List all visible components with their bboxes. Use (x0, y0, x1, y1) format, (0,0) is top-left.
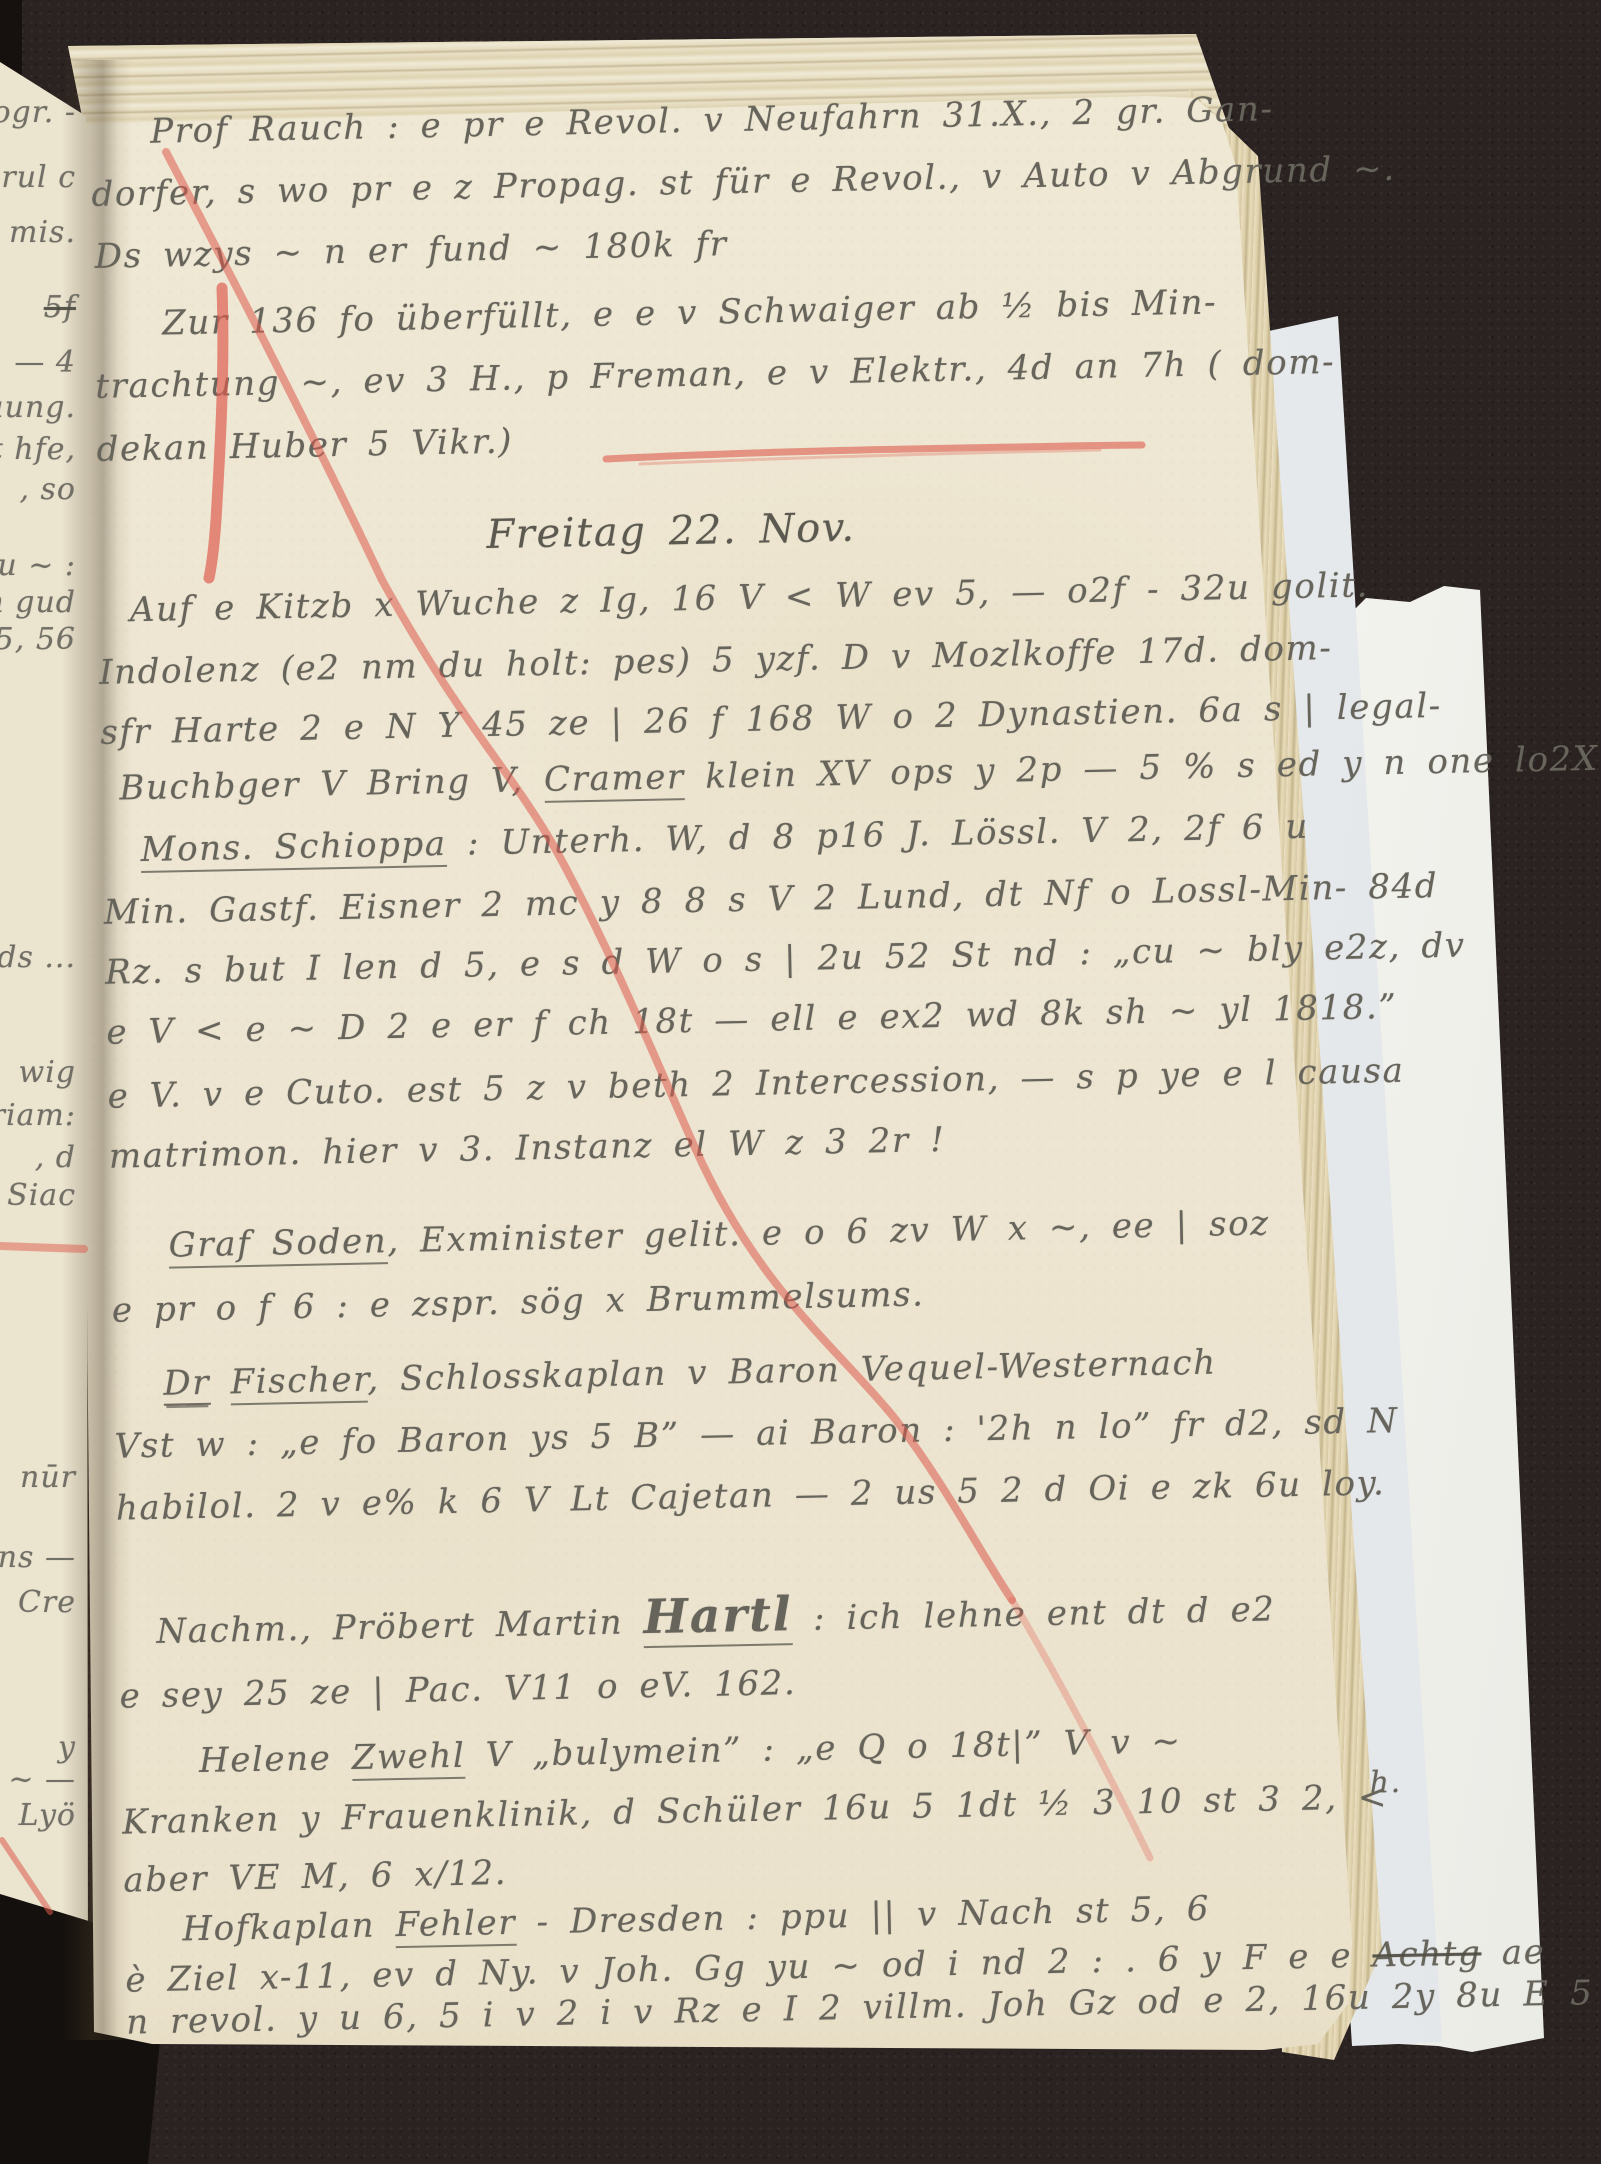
photographed-diary-scan: { "meta": { "description": "Scan of a ha… (0, 0, 1601, 2164)
handwriting-line: Vst w : „e fo Baron ys 5 B” — ai Baron :… (114, 1398, 1399, 1470)
handwriting-line: e V. v e Cuto. est 5 z v beth 2 Interces… (107, 1048, 1405, 1120)
handwriting-text: e sey 25 ze | Pac. V11 o eV. 162. (119, 1663, 796, 1717)
handwriting-text: Ds wzys ~ n er fund ~ 180k fr (94, 224, 728, 277)
underlined-name: Fehler (395, 1903, 516, 1948)
underlined-name: Graf Soden (168, 1221, 387, 1268)
handwriting-text: , Schlosskaplan v Baron Vequel-Westernac… (367, 1343, 1217, 1400)
handwriting-line: Mons. Schioppa : Unterh. W, d 8 p16 J. L… (140, 804, 1309, 873)
handwriting-text: Vst w : „e fo Baron ys 5 B” — ai Baron :… (114, 1401, 1399, 1467)
handwriting-line: Graf Soden, Exminister gelit. e o 6 zv W… (168, 1200, 1270, 1268)
handwriting-text: Min. Gastf. Eisner 2 mc y 8 8 s V 2 Lund… (104, 866, 1439, 933)
handwriting-line: Prof Rauch : e pr e Revol. v Neufahrn 31… (150, 86, 1274, 155)
handwriting-text (210, 1362, 231, 1402)
handwriting-text: Hofkaplan (182, 1905, 396, 1949)
handwriting-line: trachtung ~, ev 3 H., p Freman, e v Elek… (95, 339, 1336, 410)
handwriting-line: Indolenz (e2 nm du holt: pes) 5 yzf. D v… (99, 625, 1333, 696)
handwriting-line: aber VE M, 6 x/12. (123, 1850, 508, 1904)
underlined-name: Zwehl (351, 1736, 465, 1781)
handwriting-text: Indolenz (e2 nm du holt: pes) 5 yzf. D v… (99, 628, 1333, 693)
handwriting-text: matrimon. hier v 3. Instanz el W z 3 2r … (108, 1120, 945, 1177)
handwriting-text: dekan Huber 5 Vikr.) (96, 421, 513, 469)
handwriting-line: Nachm., Pröbert Martin Hartl : ich lehne… (156, 1582, 1276, 1654)
handwriting-text: : Unterh. W, d 8 p16 J. Lössl. V 2, 2f 6… (446, 807, 1309, 864)
handwriting-text: Auf e Kitzb x Wuche z Ig, 16 V < W ev 5,… (129, 565, 1369, 630)
underlined-name: Cramer (544, 757, 686, 803)
handwriting-text: aber VE M, 6 x/12. (123, 1853, 508, 1901)
handwriting-text: trachtung ~, ev 3 H., p (95, 357, 591, 407)
handwriting-text: habilol. 2 v e% k 6 V Lt Cajetan — 2 us … (116, 1463, 1386, 1528)
date-heading: Freitag 22. Nov. (486, 505, 856, 558)
handwriting-text: , Exminister gelit. e o 6 zv W x ~, ee |… (387, 1203, 1270, 1261)
handwriting-line: Min. Gastf. Eisner 2 mc y 8 8 s V 2 Lund… (103, 863, 1438, 936)
handwriting-line: Dr Fischer, Schlosskaplan v Baron Vequel… (163, 1340, 1217, 1407)
handwriting-line: Kranken y Frauenklinik, d Schüler 16u 5 … (122, 1774, 1389, 1845)
handwriting-line: matrimon. hier v 3. Instanz el W z 3 2r … (108, 1117, 946, 1180)
handwriting-text: : ich lehne ent dt d e2 (792, 1589, 1276, 1639)
handwriting-line: Auf e Kitzb x Wuche z Ig, 16 V < W ev 5,… (129, 562, 1369, 633)
handwriting-line: habilol. 2 v e% k 6 V Lt Cajetan — 2 us … (115, 1460, 1385, 1531)
fore-edge-stray-text: h. (1369, 1760, 1402, 1807)
handwriting-line: e V < e ~ D 2 e er f ch 18t — ell e ex2 … (106, 984, 1398, 1056)
handwriting-text: , e v Elektr., 4d an 7h ( dom- (734, 342, 1336, 394)
handwriting-line: Rz. s but I len d 5, e s d W o s | 2u 52… (105, 922, 1466, 995)
underlined-name: Hartl (643, 1587, 793, 1648)
handwriting-text: e V < e ~ D 2 e er f ch 18t — ell e ex2 … (106, 987, 1398, 1053)
handwriting-line: e pr o f 6 : e zspr. sög x Brummelsums. (111, 1271, 924, 1333)
handwriting-text: Zur 136 fo überfüllt, e e v Schwaiger ab… (162, 282, 1218, 343)
handwriting-text: ae (1481, 1932, 1546, 1973)
handwriting-text: Freman (590, 354, 735, 397)
handwriting-text: e pr o f 6 : e zspr. sög x Brummelsums. (112, 1274, 925, 1330)
handwriting-line: e sey 25 ze | Pac. V11 o eV. 162. (119, 1660, 797, 1720)
handwriting-text: Prof Rauch : e pr e Revol. v Neufahrn 31… (150, 89, 1274, 152)
underlined-name: Mons. Schioppa (140, 824, 447, 873)
underlined-name: Dr (163, 1363, 211, 1406)
handwriting-text: Buchbger V Bring V, (119, 760, 544, 809)
handwriting-text: dorfer, s wo pr e z Propag. st für e Rev… (91, 149, 1396, 215)
handwriting-line: dekan Huber 5 Vikr.) (96, 418, 513, 472)
handwriting-text: Rz. s but I len d 5, e s d W o s | 2u 52… (105, 925, 1466, 992)
handwriting-text: Achtg (1372, 1933, 1482, 1975)
handwriting-line: Ds wzys ~ n er fund ~ 180k fr (94, 221, 728, 280)
handwriting-text: - Dresden : ppu || v Nach st 5, 6 (516, 1889, 1211, 1943)
handwriting-line: Helene Zwehl V „bulymein” : „e Q o 18t|”… (199, 1718, 1183, 1784)
handwriting-text: V „bulymein” : „e Q o 18t|” V v ~ (465, 1721, 1182, 1775)
underlined-name: Fischer (230, 1360, 368, 1406)
handwriting-line: dorfer, s wo pr e z Propag. st für e Rev… (91, 146, 1396, 218)
handwriting-text: e V. v e Cuto. est 5 z v beth 2 Interces… (107, 1051, 1405, 1117)
handwriting-text: Kranken y Frauenklinik, d Schüler 16u 5 … (122, 1777, 1389, 1842)
handwriting-text: Helene (199, 1738, 353, 1781)
handwriting-line: Zur 136 fo überfüllt, e e v Schwaiger ab… (162, 279, 1218, 346)
handwriting-text: Nachm., Pröbert Martin (156, 1602, 644, 1652)
handwriting-text: Freitag 22. Nov. (486, 505, 856, 558)
handwriting-text: klein XV ops y 2p — 5 % s ed y n one lo2… (684, 739, 1601, 798)
handwriting-layer: Prof Rauch : e pr e Revol. v Neufahrn 31… (0, 0, 1601, 2164)
